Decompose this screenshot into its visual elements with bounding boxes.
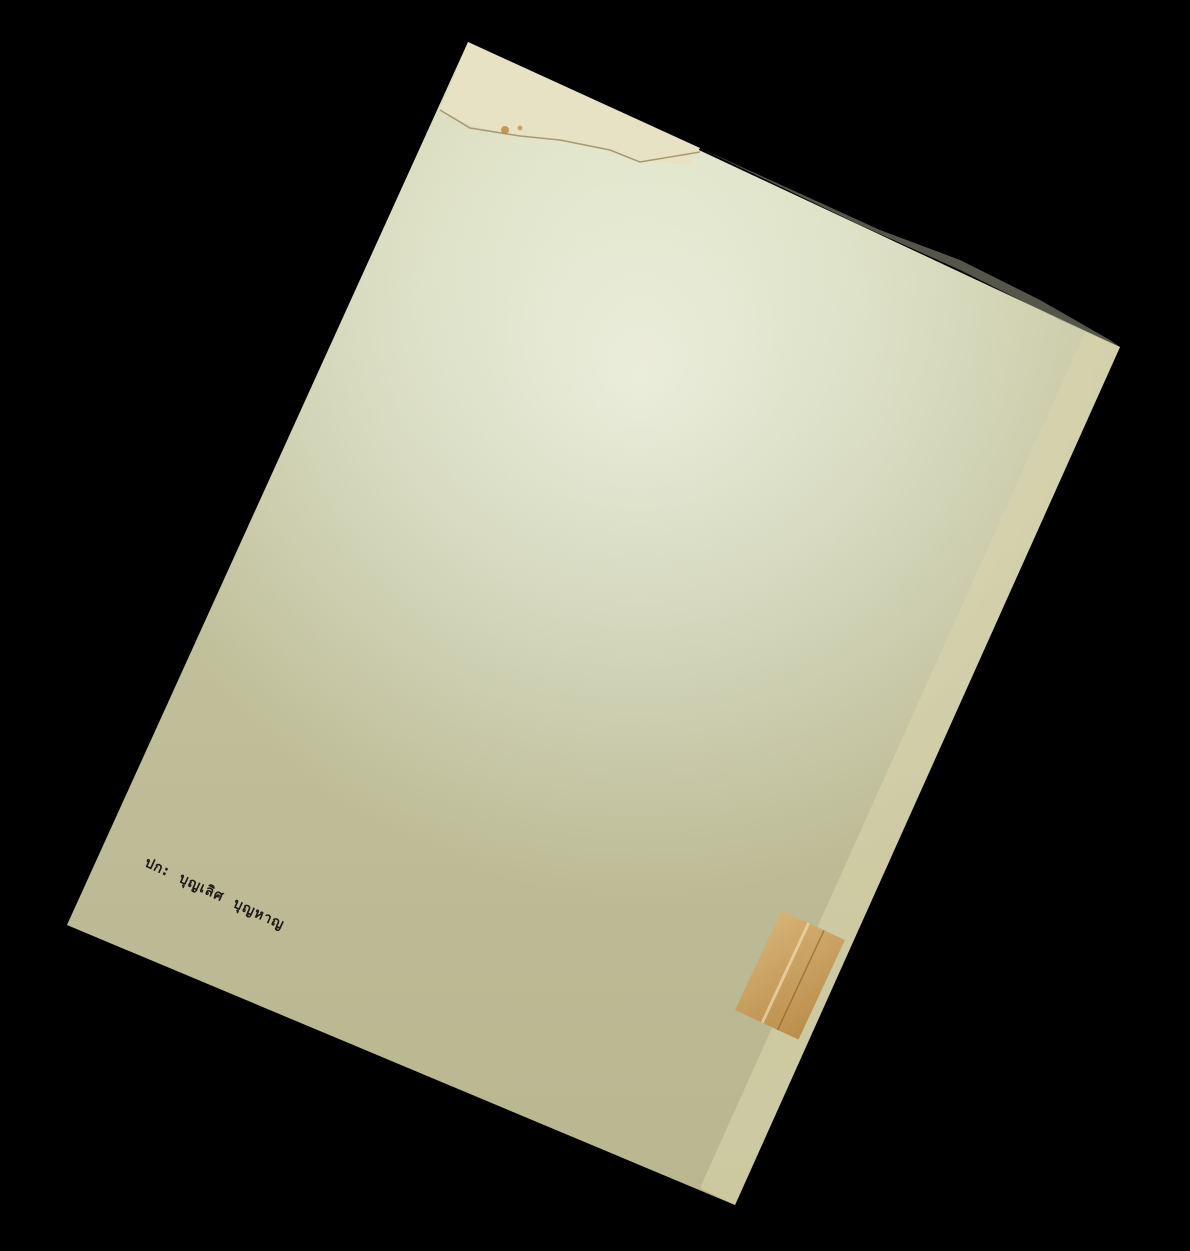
book-back-cover-photo — [0, 0, 1190, 1251]
